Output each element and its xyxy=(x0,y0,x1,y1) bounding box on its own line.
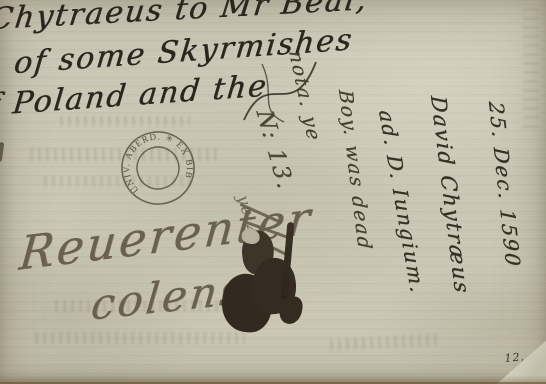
bleedthrough-smudge xyxy=(523,8,539,128)
bleedthrough-smudge xyxy=(35,332,245,344)
ink-blot-flaked-patch xyxy=(241,228,260,244)
endorsement-date: 25. Dec. 1590 xyxy=(484,101,526,268)
manuscript-page: Chytraeus to Mr Beal, of some Skyrmishes… xyxy=(0,0,546,384)
corner-mark: 12. xyxy=(504,350,526,365)
edge-ink-mark xyxy=(0,142,4,163)
endorsement-author: David Chytræus xyxy=(426,96,475,295)
bleedthrough-smudge xyxy=(330,333,440,351)
endorsement-addressee: ad. D. Iungium. xyxy=(374,110,431,295)
marginal-note-line-2: Boy. was dead xyxy=(334,90,376,251)
